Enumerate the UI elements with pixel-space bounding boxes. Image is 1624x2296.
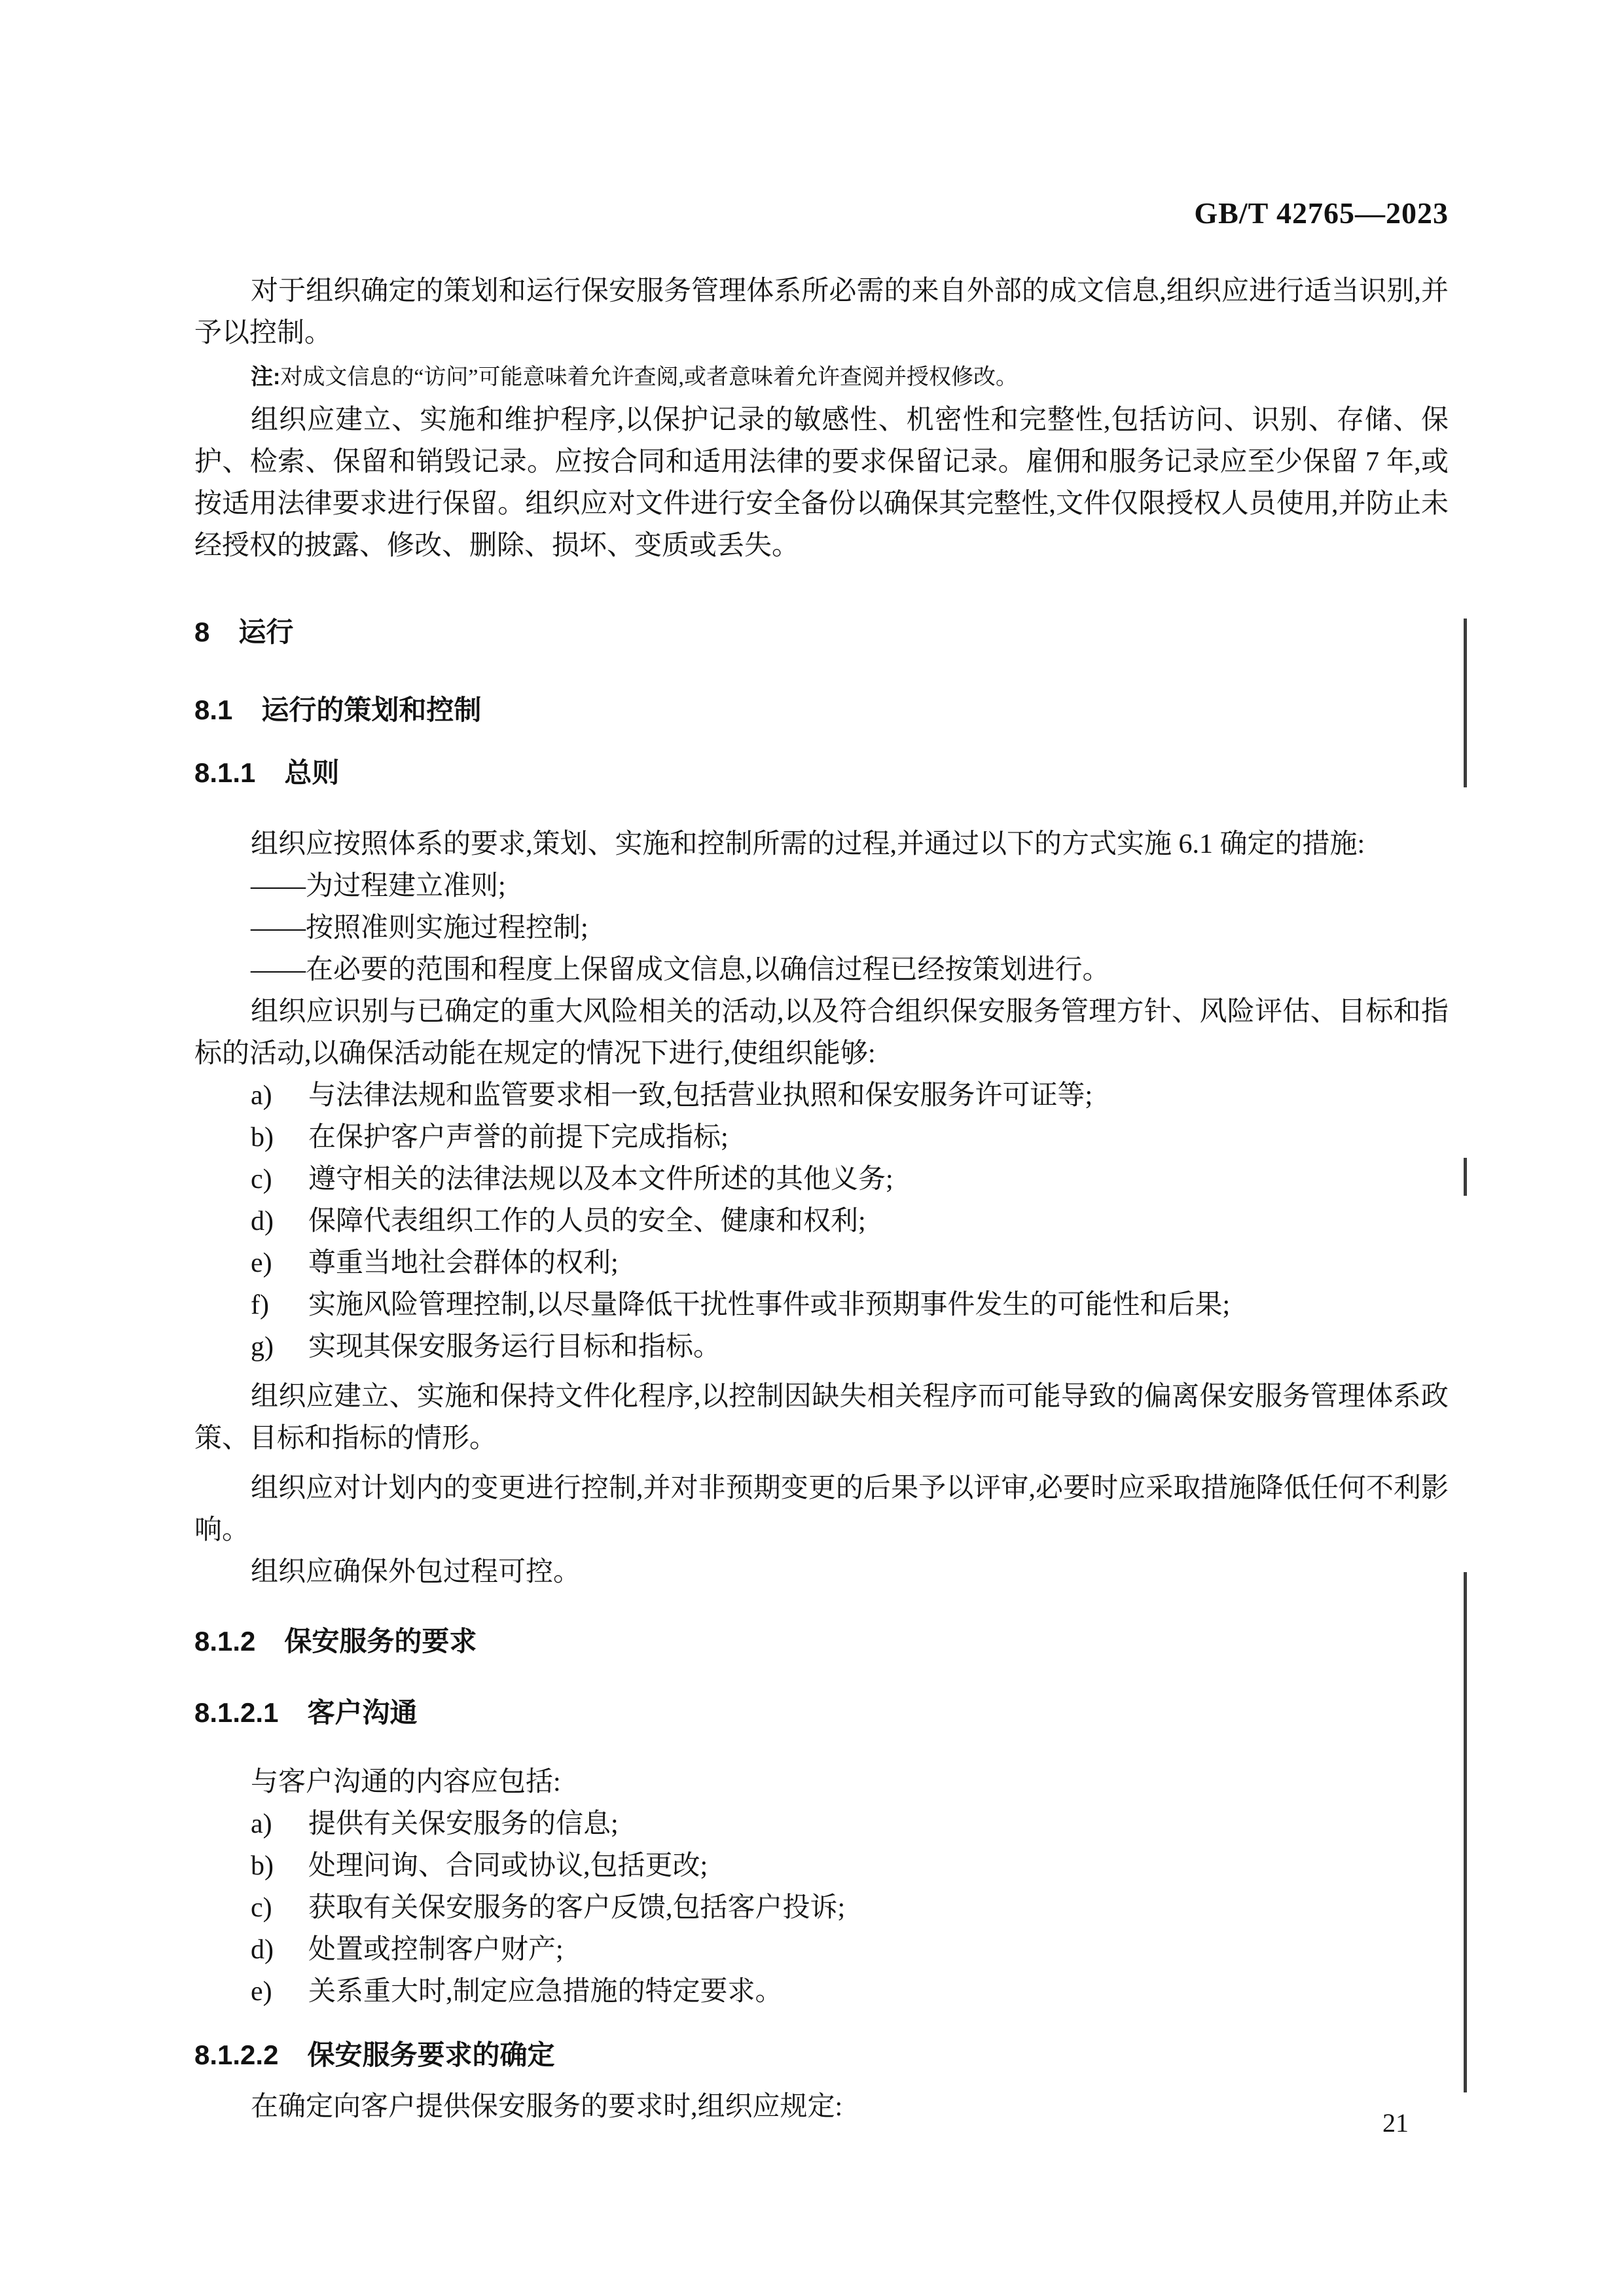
note-line: 注:对成文信息的“访问”可能意味着允许查阅,或者意味着允许查阅并授权修改。	[194, 361, 1449, 394]
list-item-label: e)	[251, 1242, 308, 1284]
heading-8-1-operational-planning-control: 8.1运行的策划和控制	[194, 689, 1449, 731]
list-item-text: 与法律法规和监管要求相一致,包括营业执照和保安服务许可证等;	[308, 1081, 1092, 1111]
heading-title: 运行	[238, 617, 293, 647]
paragraph-communication-content: 与客户沟通的内容应包括:	[194, 1761, 1449, 1803]
list-item-label: a)	[251, 1075, 308, 1117]
list-item-text: 提供有关保安服务的信息;	[308, 1809, 619, 1839]
list-item: g)实现其保安服务运行目标和指标。	[194, 1326, 1449, 1368]
list-item-label: e)	[251, 1971, 308, 2013]
list-item-label: g)	[251, 1326, 308, 1368]
list-item-label: d)	[251, 1200, 308, 1242]
list-item: b)处理问询、合同或协议,包括更改;	[194, 1845, 1449, 1887]
heading-8-1-2-security-service-requirements: 8.1.2保安服务的要求	[194, 1621, 1449, 1662]
list-item-label: a)	[251, 1803, 308, 1845]
paragraph-risk-activities: 组织应识别与已确定的重大风险相关的活动,以及符合组织保安服务管理方针、风险评估、…	[194, 991, 1449, 1075]
list-item: c)遵守相关的法律法规以及本文件所述的其他义务;	[194, 1158, 1449, 1200]
dash-item: ——为过程建立准则;	[194, 865, 1449, 907]
heading-title: 客户沟通	[307, 1697, 417, 1728]
list-item-label: f)	[251, 1284, 308, 1326]
dash-item: ——按照准则实施过程控制;	[194, 907, 1449, 949]
list-item-label: c)	[251, 1158, 308, 1200]
heading-number: 8.1.2.1	[194, 1692, 278, 1734]
list-item-label: c)	[251, 1887, 308, 1929]
paragraph-external-documented-info: 对于组织确定的策划和运行保安服务管理体系所必需的来自外部的成文信息,组织应进行适…	[194, 270, 1449, 354]
list-item: d)保障代表组织工作的人员的安全、健康和权利;	[194, 1200, 1449, 1242]
heading-title: 保安服务要求的确定	[307, 2039, 554, 2070]
list-item-text: 关系重大时,制定应急措施的特定要求。	[308, 1977, 783, 2007]
note-text: 对成文信息的“访问”可能意味着允许查阅,或者意味着允许查阅并授权修改。	[280, 365, 1018, 389]
list-item: b)在保护客户声誉的前提下完成指标;	[194, 1117, 1449, 1158]
list-item-text: 实施风险管理控制,以尽量降低干扰性事件或非预期事件发生的可能性和后果;	[308, 1290, 1230, 1320]
heading-number: 8.1.2	[194, 1621, 255, 1662]
revision-change-bar	[1464, 619, 1467, 787]
document-page: GB/T 42765—2023 对于组织确定的策划和运行保安服务管理体系所必需的…	[0, 0, 1624, 2296]
list-item: e)关系重大时,制定应急措施的特定要求。	[194, 1971, 1449, 2013]
list-item-label: d)	[251, 1929, 308, 1971]
list-item: a)与法律法规和监管要求相一致,包括营业执照和保安服务许可证等;	[194, 1075, 1449, 1117]
list-item-text: 处置或控制客户财产;	[308, 1935, 564, 1965]
list-item: c)获取有关保安服务的客户反馈,包括客户投诉;	[194, 1887, 1449, 1929]
list-item-label: b)	[251, 1117, 308, 1158]
paragraph-change-control: 组织应对计划内的变更进行控制,并对非预期变更的后果予以评审,必要时应采取措施降低…	[194, 1467, 1449, 1551]
list-item-text: 获取有关保安服务的客户反馈,包括客户投诉;	[308, 1893, 845, 1923]
list-item-label: b)	[251, 1845, 308, 1887]
list-item-text: 遵守相关的法律法规以及本文件所述的其他义务;	[308, 1164, 893, 1194]
paragraph-records-protection: 组织应建立、实施和维护程序,以保护记录的敏感性、机密性和完整性,包括访问、识别、…	[194, 399, 1449, 567]
paragraph-determining-requirements: 在确定向客户提供保安服务的要求时,组织应规定:	[194, 2086, 1449, 2128]
list-item-text: 在保护客户声誉的前提下完成指标;	[308, 1122, 729, 1153]
heading-number: 8.1	[194, 689, 232, 731]
heading-8-operation: 8运行	[194, 611, 1449, 653]
heading-number: 8.1.1	[194, 752, 255, 794]
page-number: 21	[1382, 2109, 1409, 2138]
revision-change-bar	[1464, 1572, 1467, 2092]
heading-8-1-2-2-determination-of-requirements: 8.1.2.2保安服务要求的确定	[194, 2034, 1449, 2076]
list-item-text: 处理问询、合同或协议,包括更改;	[308, 1851, 708, 1881]
list-item: a)提供有关保安服务的信息;	[194, 1803, 1449, 1845]
paragraph-outsourcing-control: 组织应确保外包过程可控。	[194, 1551, 1449, 1593]
heading-title: 运行的策划和控制	[261, 694, 481, 725]
revision-change-bar	[1464, 1158, 1467, 1196]
dash-item: ——在必要的范围和程度上保留成文信息,以确信过程已经按策划进行。	[194, 949, 1449, 991]
list-item-text: 实现其保安服务运行目标和指标。	[308, 1332, 721, 1362]
list-item-text: 保障代表组织工作的人员的安全、健康和权利;	[308, 1206, 866, 1236]
note-label: 注:	[251, 365, 280, 389]
list-item: d)处置或控制客户财产;	[194, 1929, 1449, 1971]
list-item-text: 尊重当地社会群体的权利;	[308, 1248, 619, 1278]
list-item: e)尊重当地社会群体的权利;	[194, 1242, 1449, 1284]
heading-8-1-2-1-customer-communication: 8.1.2.1客户沟通	[194, 1692, 1449, 1734]
paragraph-process-requirements: 组织应按照体系的要求,策划、实施和控制所需的过程,并通过以下的方式实施 6.1 …	[194, 823, 1449, 865]
page-content: GB/T 42765—2023 对于组织确定的策划和运行保安服务管理体系所必需的…	[194, 0, 1449, 2128]
heading-number: 8	[194, 611, 209, 653]
list-item: f)实施风险管理控制,以尽量降低干扰性事件或非预期事件发生的可能性和后果;	[194, 1284, 1449, 1326]
paragraph-documented-procedures: 组织应建立、实施和保持文件化程序,以控制因缺失相关程序而可能导致的偏离保安服务管…	[194, 1376, 1449, 1460]
standard-code-header: GB/T 42765—2023	[194, 198, 1449, 228]
heading-title: 总则	[284, 757, 339, 788]
heading-title: 保安服务的要求	[284, 1626, 477, 1657]
heading-number: 8.1.2.2	[194, 2034, 278, 2076]
heading-8-1-1-general: 8.1.1总则	[194, 752, 1449, 794]
